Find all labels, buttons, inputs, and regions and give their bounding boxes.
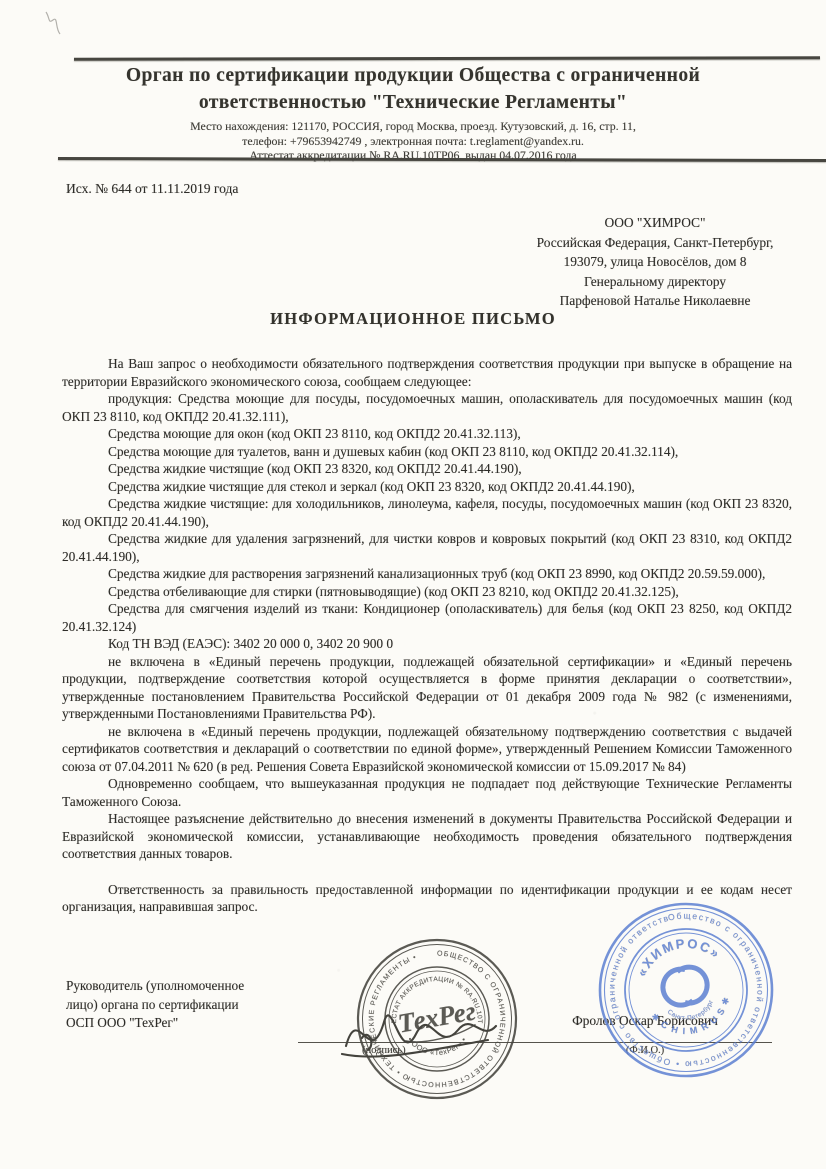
letterhead-org-title-line1: Орган по сертификации продукции Общества… (48, 62, 778, 89)
body-paragraph: На Ваш запрос о необходимости обязательн… (62, 355, 792, 390)
scan-artifact-mark (40, 8, 66, 38)
body-paragraph: Средства жидкие для растворения загрязне… (62, 565, 792, 583)
signer-role-line: ОСП ООО "ТехРег" (66, 1014, 244, 1033)
signer-role-label: Руководитель (уполномоченноелицо) органа… (66, 977, 244, 1033)
letterhead-org-title: Орган по сертификации продукции Общества… (48, 62, 778, 116)
chimros-round-stamp: Общество с ограниченной ответственностью… (596, 900, 776, 1080)
recipient-line: Генеральному директору (505, 272, 805, 292)
body-paragraph: Средства моющие для окон (код ОКП 23 811… (62, 425, 792, 443)
letterhead-contact-line: телефон: +79653942749 , электронная почт… (48, 134, 778, 149)
body-paragraph: продукция: Средства моющие для посуды, п… (62, 390, 792, 425)
chimros-stamp-cc-monogram (659, 963, 711, 1009)
letterhead-org-title-line2: ответственностью "Технические Регламенты… (48, 89, 778, 116)
chimros-stamp-outer-ring-text: Общество с ограниченной ответственностью… (596, 900, 776, 1080)
letter-body: На Ваш запрос о необходимости обязательн… (62, 355, 792, 916)
body-paragraph: Средства отбеливающие для стирки (пятнов… (62, 583, 792, 601)
body-paragraph: Средства для смягчения изделий из ткани:… (62, 600, 792, 635)
letterhead-top-rule (74, 56, 820, 61)
recipient-block: ООО "ХИМРОС"Российская Федерация, Санкт-… (505, 213, 805, 311)
letterhead-address-line: Место нахождения: 121170, РОССИЯ, город … (48, 119, 778, 134)
letter-title: ИНФОРМАЦИОННОЕ ПИСЬМО (48, 309, 778, 329)
body-paragraph: Код ТН ВЭД (ЕАЭС): 3402 20 000 0, 3402 2… (62, 635, 792, 653)
recipient-line: 193079, улица Новосёлов, дом 8 (505, 252, 805, 272)
body-paragraph: Средства жидкие чистящие для стекол и зе… (62, 478, 792, 496)
signer-role-line: Руководитель (уполномоченное (66, 977, 244, 996)
body-paragraph: Одновременно сообщаем, что вышеуказанная… (62, 775, 792, 810)
recipient-line: Российская Федерация, Санкт-Петербург, (505, 233, 805, 253)
body-paragraph: Средства жидкие чистящие: для холодильни… (62, 495, 792, 530)
body-paragraph: Средства жидкие чистящие (код ОКП 23 832… (62, 460, 792, 478)
body-paragraph: не включена в «Единый перечень продукции… (62, 723, 792, 776)
recipient-line: ООО "ХИМРОС" (505, 213, 805, 233)
handwritten-signature (338, 980, 508, 1084)
body-paragraph: не включена в «Единый перечень продукции… (62, 653, 792, 723)
scanned-letter-page: Орган по сертификации продукции Общества… (0, 0, 826, 1169)
letterhead-details: Место нахождения: 121170, РОССИЯ, город … (48, 119, 778, 163)
signer-role-line: лицо) органа по сертификации (66, 996, 244, 1015)
body-paragraph: Настоящее разъяснение действительно до в… (62, 810, 792, 863)
outgoing-reference: Исх. № 644 от 11.11.2019 года (66, 181, 238, 197)
body-paragraph: Средства моющие для туалетов, ванн и душ… (62, 443, 792, 461)
svg-text:Общество с ограниченной ответс: Общество с ограниченной ответственностью… (596, 900, 776, 1080)
body-paragraph: Средства жидкие для удаления загрязнений… (62, 530, 792, 565)
